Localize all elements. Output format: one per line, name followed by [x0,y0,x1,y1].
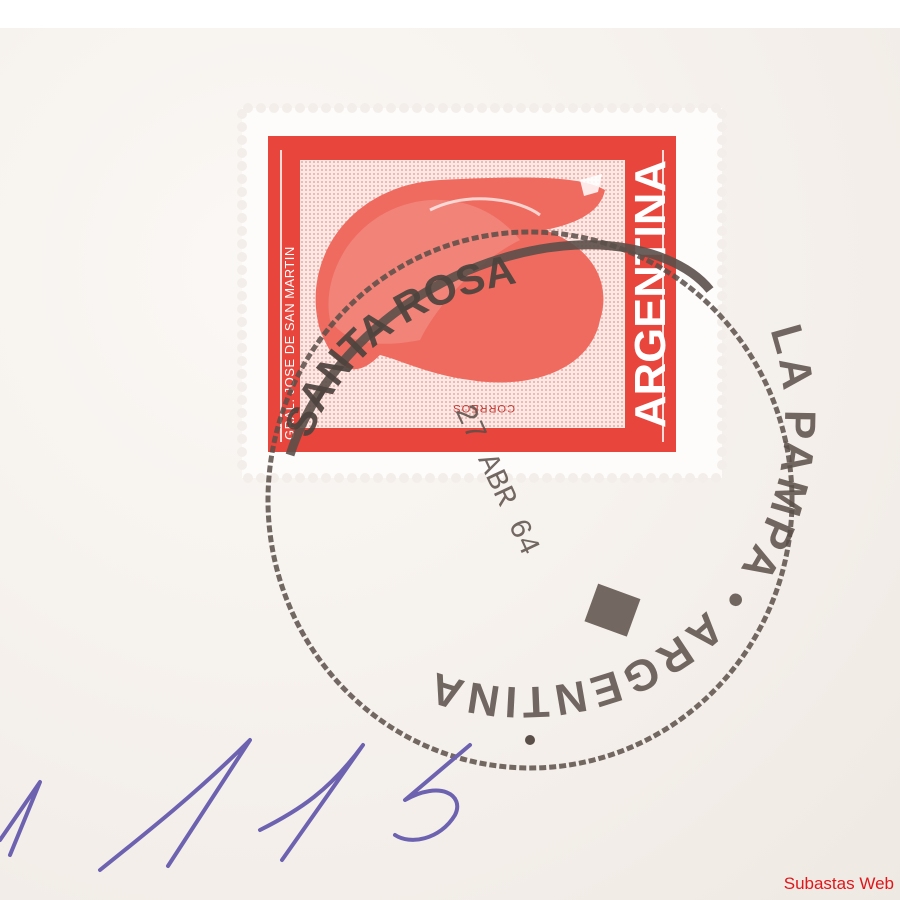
stamp-scene: GRAL. JOSE DE SAN MARTIN ARGENTINA CORRE… [0,0,900,900]
watermark-label: Subastas Web [784,874,894,894]
country-name: ARGENTINA [626,160,675,428]
handwritten-number [0,740,470,870]
